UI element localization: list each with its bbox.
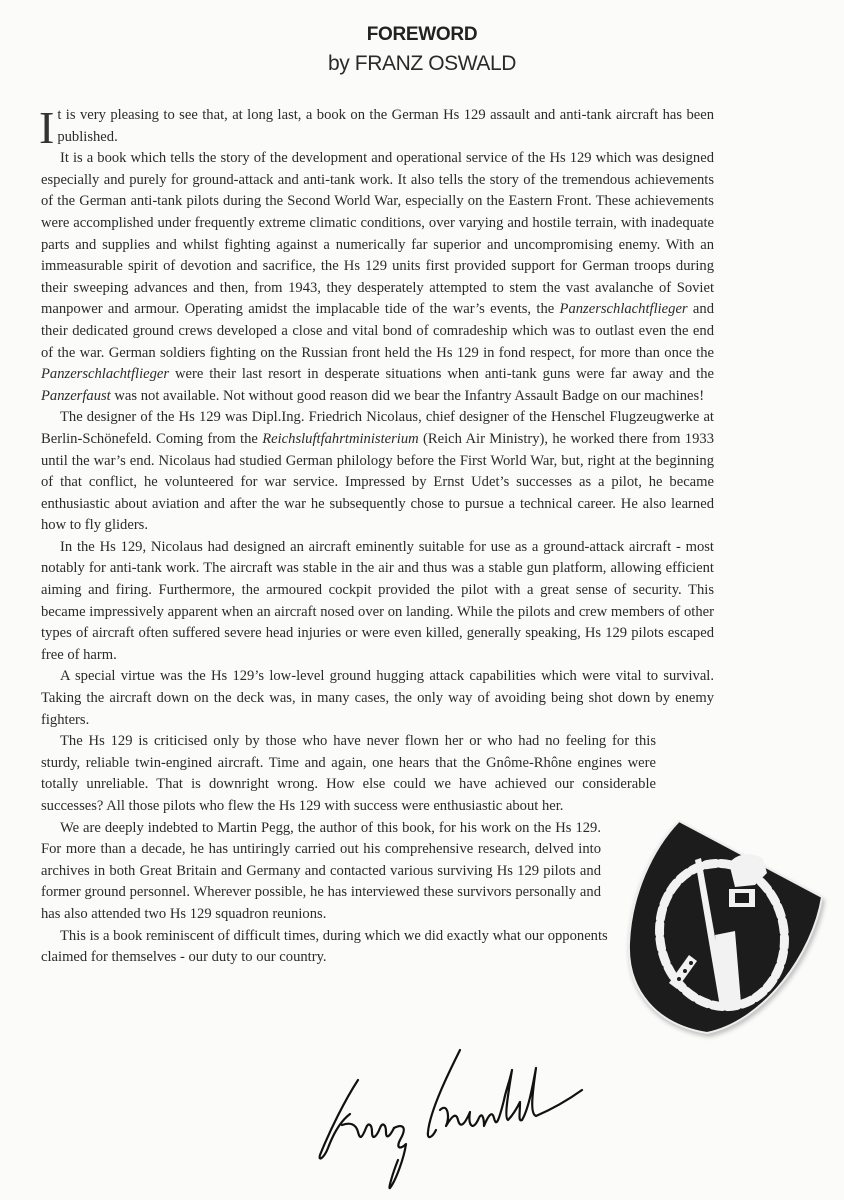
paragraph-8: This is a book reminiscent of difficult … (41, 926, 641, 969)
italic-term: Panzerschlachtflieger (560, 301, 688, 317)
italic-term: Reichsluftfahrtministerium (262, 431, 418, 447)
paragraph-2: It is a book which tells the story of th… (41, 148, 714, 407)
paragraph-6: The Hs 129 is criticised only by those w… (41, 731, 656, 817)
foreword-body: It is very pleasing to see that, at long… (41, 105, 714, 969)
paragraph-4: In the Hs 129, Nicolaus had designed an … (41, 537, 714, 667)
page-subtitle-author: by FRANZ OSWALD (0, 52, 844, 76)
drop-cap: I (39, 109, 54, 147)
paragraph-1: It is very pleasing to see that, at long… (41, 105, 714, 148)
document-page: FOREWORD by FRANZ OSWALD It is very plea… (0, 0, 844, 1200)
paragraph-7: We are deeply indebted to Martin Pegg, t… (41, 818, 601, 926)
author-signature (300, 1040, 630, 1190)
paragraph-5: A special virtue was the Hs 129’s low-le… (41, 666, 714, 731)
italic-term: Panzerfaust (41, 388, 111, 404)
italic-term: Panzerschlachtflieger (41, 366, 169, 382)
page-title: FOREWORD (0, 24, 844, 46)
paragraph-3: The designer of the Hs 129 was Dipl.Ing.… (41, 407, 714, 537)
infantry-assault-badge-icon (617, 815, 832, 1045)
